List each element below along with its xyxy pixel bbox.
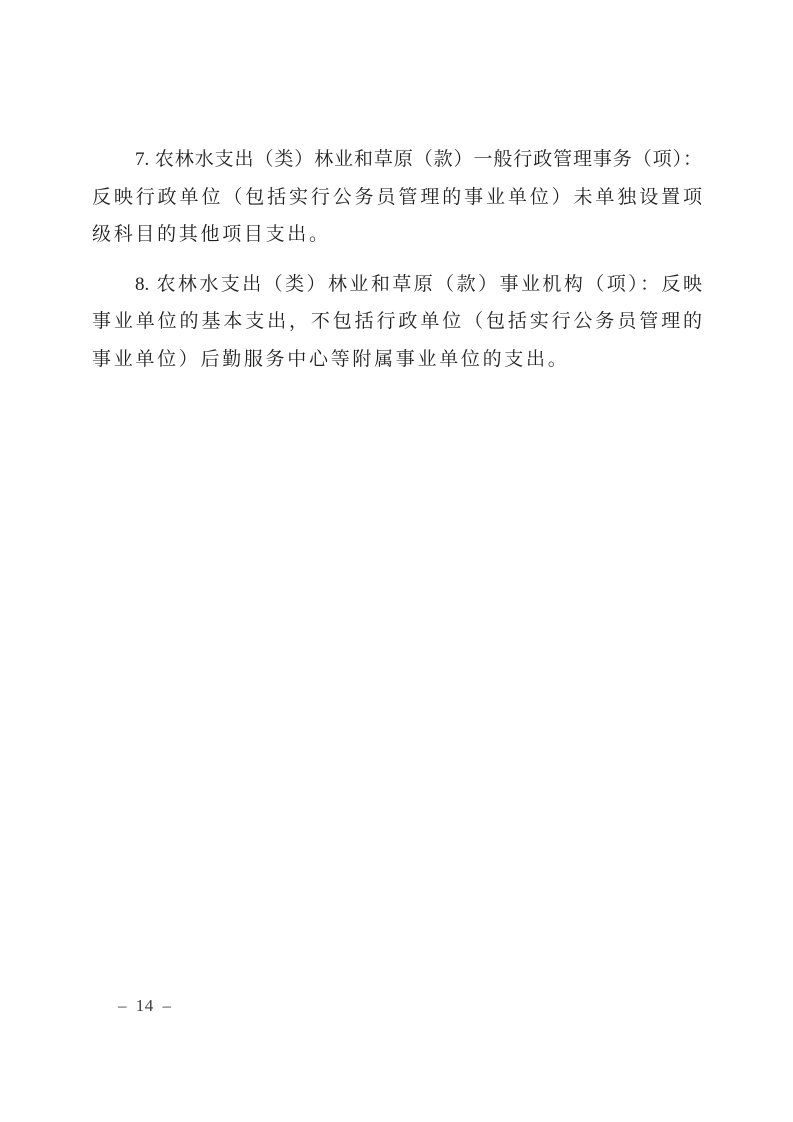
paragraph-8-line-2: 事业单位的基本支出，不包括行政单位（包括实行公务员管理的 [92,303,702,341]
document-body: 7. 农林水支出（类）林业和草原（款）一般行政管理事务（项）： 反映行政单位（包… [92,141,702,378]
paragraph-8-line-1: 8. 农林水支出（类）林业和草原（款）事业机构（项）：反映 [92,266,702,304]
paragraph-item-8: 8. 农林水支出（类）林业和草原（款）事业机构（项）：反映 事业单位的基本支出，… [92,266,702,379]
paragraph-item-7: 7. 农林水支出（类）林业和草原（款）一般行政管理事务（项）： 反映行政单位（包… [92,141,702,254]
paragraph-7-line-3: 级科目的其他项目支出。 [92,216,702,254]
paragraph-7-line-1: 7. 农林水支出（类）林业和草原（款）一般行政管理事务（项）： [92,141,702,179]
paragraph-7-line-2: 反映行政单位（包括实行公务员管理的事业单位）未单独设置项 [92,179,702,217]
paragraph-8-line-3: 事业单位）后勤服务中心等附属事业单位的支出。 [92,341,702,379]
page-number: – 14 – [118,996,172,1016]
document-page: 7. 农林水支出（类）林业和草原（款）一般行政管理事务（项）： 反映行政单位（包… [0,0,793,1122]
